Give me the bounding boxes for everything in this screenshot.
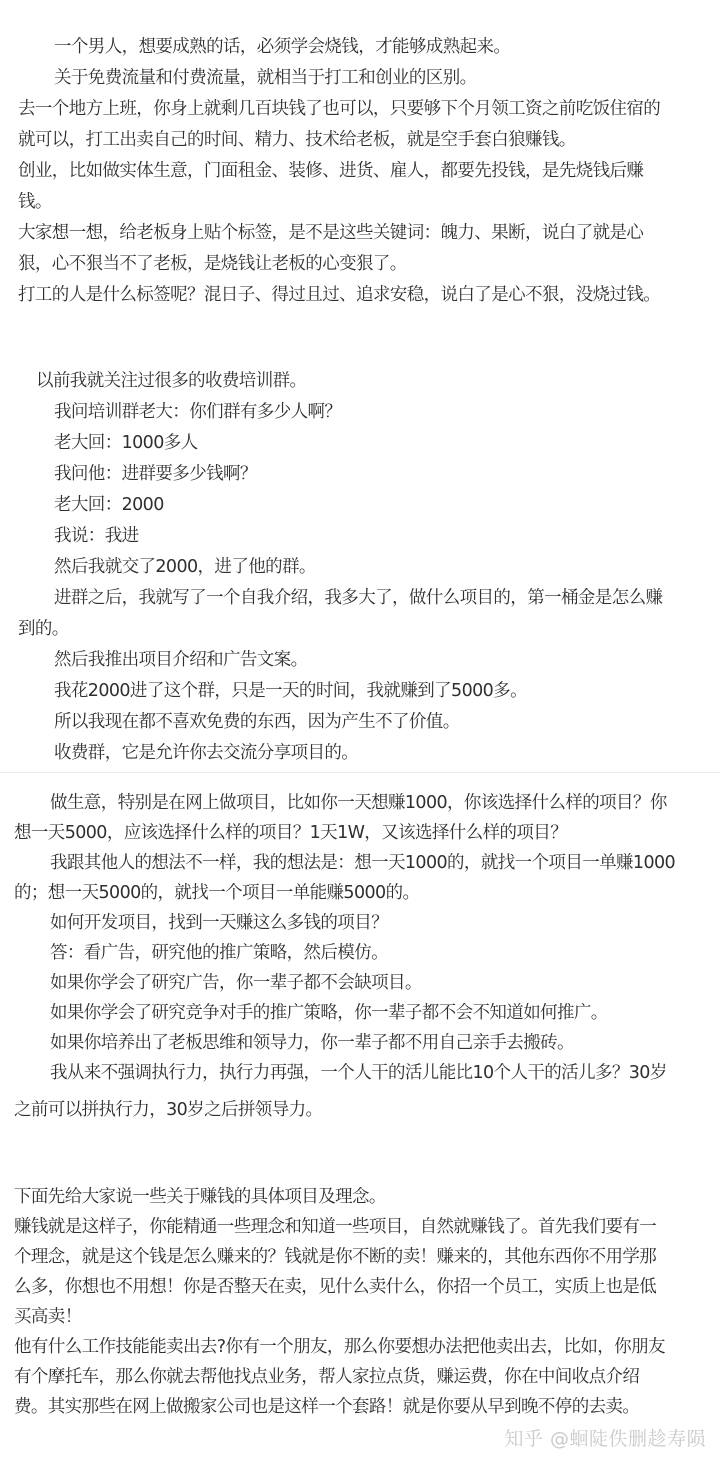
paragraph-line: 就可以，打工出卖自己的时间、精力、技术给老板，就是空手套白狼赚钱。 (18, 127, 576, 153)
paragraph-line: 之前可以拼执行力，30岁之后拼领导力。 (14, 1097, 322, 1123)
paragraph-line: 老大回：2000 (54, 492, 164, 518)
paragraph-line: 大家想一想，给老板身上贴个标签，是不是这些关键词：魄力、果断，说白了就是心 (18, 220, 643, 246)
paragraph-line: 以前我就关注过很多的收费培训群。 (36, 368, 306, 394)
paragraph-line: 想一天5000，应该选择什么样的项目？1天1W，又该选择什么样的项目？ (14, 820, 567, 846)
paragraph-line: 答：看广告，研究他的推广策略，然后模仿。 (50, 940, 388, 966)
paragraph-line: 一个男人，想要成熟的话，必须学会烧钱，才能够成熟起来。 (54, 34, 510, 60)
paragraph-line: 关于免费流量和付费流量，就相当于打工和创业的区别。 (54, 65, 477, 91)
paragraph-line: 如果你学会了研究广告，你一辈子都不会缺项目。 (50, 970, 422, 996)
paragraph-line: 狠，心不狠当不了老板，是烧钱让老板的心变狠了。 (18, 251, 407, 277)
paragraph-line: 赚钱就是这样子，你能精通一些理念和知道一些项目，自然就赚钱了。首先我们要有一 (14, 1214, 656, 1240)
paragraph-line: 老大回：1000多人 (54, 430, 198, 456)
paragraph-line: 我花2000进了这个群，只是一天的时间，我就赚到了5000多。 (54, 678, 527, 704)
paragraph-line: 我从来不强调执行力，执行力再强，一个人干的活儿能比10个人干的活儿多？30岁 (50, 1060, 667, 1086)
section-divider (0, 772, 720, 773)
paragraph-line: 费。其实那些在网上做搬家公司也是这样一个套路！就是你要从早到晚不停的去卖。 (14, 1394, 639, 1420)
paragraph-line: 他有什么工作技能能卖出去?你有一个朋友，那么你要想办法把他卖出去，比如，你朋友 (14, 1334, 665, 1360)
paragraph-line: 我问他：进群要多少钱啊？ (54, 461, 257, 487)
paragraph-line: 么多，你想也不用想！你是否整天在卖，见什么卖什么，你招一个员工，实质上也是低 (14, 1274, 656, 1300)
paragraph-line: 到的。 (18, 616, 69, 642)
paragraph-line: 如何开发项目，找到一天赚这么多钱的项目？ (50, 910, 388, 936)
paragraph-line: 收费群，它是允许你去交流分享项目的。 (54, 740, 358, 766)
zhihu-watermark: 知乎 @蛔陡佚删趁寿陨 (504, 1424, 706, 1451)
paragraph-line: 进群之后，我就写了一个自我介绍，我多大了，做什么项目的，第一桶金是怎么赚 (54, 585, 662, 611)
paragraph-line: 做生意，特别是在网上做项目，比如你一天想赚1000，你该选择什么样的项目？你 (50, 790, 667, 816)
paragraph-line: 我说：我进 (54, 523, 139, 549)
paragraph-line: 所以我现在都不喜欢免费的东西，因为产生不了价值。 (54, 709, 460, 735)
paragraph-line: 我跟其他人的想法不一样，我的想法是：想一天1000的，就找一个项目一单赚1000 (50, 850, 675, 876)
paragraph-line: 如果你培养出了老板思维和领导力，你一辈子都不用自己亲手去搬砖。 (50, 1030, 574, 1056)
paragraph-line: 如果你学会了研究竞争对手的推广策略，你一辈子都不会不知道如何推广。 (50, 1000, 608, 1026)
paragraph-line: 的；想一天5000的，就找一个项目一单能赚5000的。 (14, 880, 419, 906)
paragraph-line: 创业，比如做实体生意，门面租金、装修、进货、雇人，都要先投钱，是先烧钱后赚 (18, 158, 643, 184)
paragraph-line: 有个摩托车，那么你就去帮他找点业务，帮人家拉点货，赚运费，你在中间收点介绍 (14, 1364, 639, 1390)
paragraph-line: 去一个地方上班，你身上就剩几百块钱了也可以，只要够下个月领工资之前吃饭住宿的 (18, 96, 660, 122)
paragraph-line: 钱。 (18, 189, 52, 215)
paragraph-line: 然后我就交了2000，进了他的群。 (54, 554, 316, 580)
paragraph-line: 打工的人是什么标签呢？混日子、得过且过、追求安稳，说白了是心不狠，没烧过钱。 (18, 282, 660, 308)
paragraph-line: 我问培训群老大：你们群有多少人啊？ (54, 399, 341, 425)
paragraph-line: 下面先给大家说一些关于赚钱的具体项目及理念。 (14, 1184, 386, 1210)
paragraph-line: 买高卖！ (14, 1304, 82, 1330)
paragraph-line: 然后我推出项目介绍和广告文案。 (54, 647, 308, 673)
paragraph-line: 个理念，就是这个钱是怎么赚来的？钱就是你不断的卖！赚来的，其他东西你不用学那 (14, 1244, 656, 1270)
